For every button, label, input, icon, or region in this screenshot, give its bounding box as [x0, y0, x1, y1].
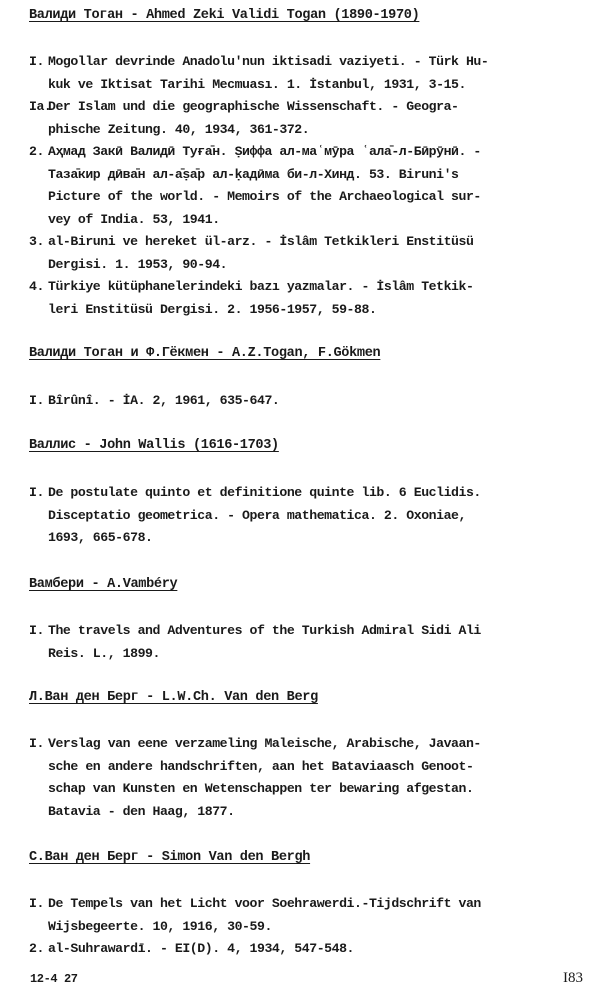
- entry-text: al-Suhrawardī. - EI(D). 4, 1934, 547-548…: [48, 941, 354, 956]
- entry-number: I.: [29, 733, 48, 756]
- entry-line: 3.al-Biruni ve hereket ül-arz. - İslâm T…: [29, 231, 599, 254]
- entry-number: I.: [29, 482, 48, 505]
- entry-line: sche en andere handschriften, aan het Ba…: [29, 756, 599, 779]
- entry-text: al-Biruni ve hereket ül-arz. - İslâm Tet…: [48, 234, 473, 249]
- entry-text: De Tempels van het Licht voor Soehrawerd…: [48, 896, 481, 911]
- bibliography-entries: I.De Tempels van het Licht voor Soehrawe…: [29, 893, 599, 961]
- entry-line: Таза̄кир дӣва̄н ал-а̄ṣа̄р ал-ḳадӣма би-л…: [29, 164, 599, 187]
- footer-code: 12-4 27: [30, 972, 78, 986]
- bibliography-entries: I.De postulate quinto et definitione qui…: [29, 482, 599, 550]
- entry-number: Ia.: [29, 96, 48, 119]
- entry-text: Der Islam und die geographische Wissensc…: [48, 99, 459, 114]
- entry-line: 4.Türkiye kütüphanelerindeki bazı yazmal…: [29, 276, 599, 299]
- entry-line: leri Enstitüsü Dergisi. 2. 1956-1957, 59…: [29, 299, 599, 322]
- entry-line: I.The travels and Adventures of the Turk…: [29, 620, 599, 643]
- entry-number: 2.: [29, 938, 48, 961]
- entry-text: Bîrûnî. - İA. 2, 1961, 635-647.: [48, 393, 279, 408]
- entry-line: 2.al-Suhrawardī. - EI(D). 4, 1934, 547-5…: [29, 938, 599, 961]
- entry-line: Picture of the world. - Memoirs of the A…: [29, 186, 599, 209]
- entry-line: Ia.Der Islam und die geographische Wisse…: [29, 96, 599, 119]
- author-heading: Валиди Тоган и Ф.Гёкмен - A.Z.Togan, F.G…: [29, 346, 380, 361]
- entry-line: kuk ve Iktisat Tarihi Mecmuası. 1. İstan…: [29, 74, 599, 97]
- entry-line: phische Zeitung. 40, 1934, 361-372.: [29, 119, 599, 142]
- entry-line: Dergisi. 1. 1953, 90-94.: [29, 254, 599, 277]
- author-heading: Валлис - John Wallis (1616-1703): [29, 438, 279, 453]
- bibliography-entries: I.Mogollar devrinde Anadolu'nun iktisadi…: [29, 51, 599, 321]
- entry-line: Disceptatio geometrica. - Opera mathemat…: [29, 505, 599, 528]
- entry-line: 1693, 665-678.: [29, 527, 599, 550]
- author-heading: Л.Ван ден Берг - L.W.Ch. Van den Berg: [29, 690, 318, 705]
- bibliography-entries: I.Verslag van eene verzameling Maleische…: [29, 733, 599, 823]
- entry-line: vey of India. 53, 1941.: [29, 209, 599, 232]
- entry-text: The travels and Adventures of the Turkis…: [48, 623, 481, 638]
- entry-number: I.: [29, 893, 48, 916]
- entry-number: 4.: [29, 276, 48, 299]
- entry-line: I.Bîrûnî. - İA. 2, 1961, 635-647.: [29, 390, 599, 413]
- entry-line: Wijsbegeerte. 10, 1916, 30-59.: [29, 916, 599, 939]
- author-heading: Вамбери - A.Vambéry: [29, 577, 177, 592]
- entry-line: 2.Аҳмад Закӣ Валидӣ Туға̄н. Ṣиффа ал-маʿ…: [29, 141, 599, 164]
- entry-number: 3.: [29, 231, 48, 254]
- author-heading: Валиди Тоган - Ahmed Zeki Validi Togan (…: [29, 8, 419, 23]
- entry-line: I.Verslag van eene verzameling Maleische…: [29, 733, 599, 756]
- entry-text: De postulate quinto et definitione quint…: [48, 485, 481, 500]
- entry-number: I.: [29, 390, 48, 413]
- entry-line: schap van Kunsten en Wetenschappen ter b…: [29, 778, 599, 801]
- page-number: I83: [563, 970, 583, 987]
- entry-line: Batavia - den Haag, 1877.: [29, 801, 599, 824]
- bibliography-entries: I.Bîrûnî. - İA. 2, 1961, 635-647.: [29, 390, 599, 413]
- author-heading: С.Ван ден Берг - Simon Van den Bergh: [29, 850, 310, 865]
- entry-line: I.Mogollar devrinde Anadolu'nun iktisadi…: [29, 51, 599, 74]
- entry-line: Reis. L., 1899.: [29, 643, 599, 666]
- entry-number: 2.: [29, 141, 48, 164]
- entry-line: I.De postulate quinto et definitione qui…: [29, 482, 599, 505]
- bibliography-entries: I.The travels and Adventures of the Turk…: [29, 620, 599, 665]
- entry-number: I.: [29, 51, 48, 74]
- entry-text: Mogollar devrinde Anadolu'nun iktisadi v…: [48, 54, 488, 69]
- entry-text: Türkiye kütüphanelerindeki bazı yazmalar…: [48, 279, 473, 294]
- document-page: Валиди Тоган - Ahmed Zeki Validi Togan (…: [0, 0, 609, 1000]
- entry-line: I.De Tempels van het Licht voor Soehrawe…: [29, 893, 599, 916]
- entry-text: Verslag van eene verzameling Maleische, …: [48, 736, 481, 751]
- entry-number: I.: [29, 620, 48, 643]
- entry-text: Аҳмад Закӣ Валидӣ Туға̄н. Ṣиффа ал-маʿмӯ…: [48, 144, 481, 159]
